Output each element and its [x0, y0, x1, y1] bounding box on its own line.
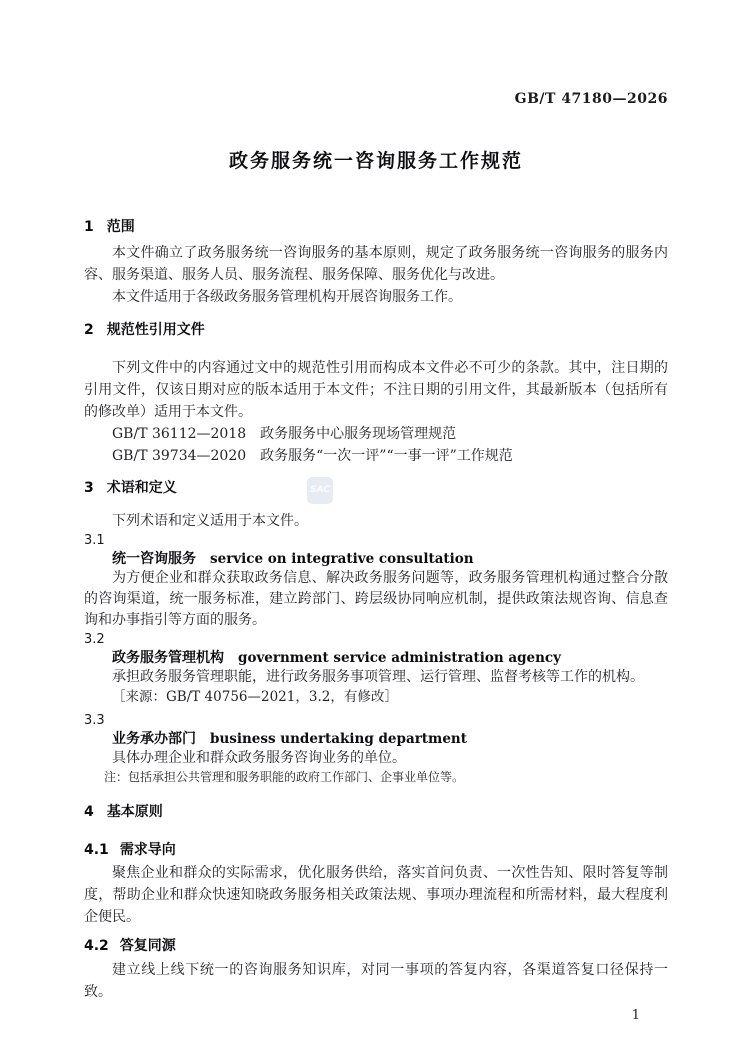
- term-note: 注：包括承担公共管理和服务职能的政府工作部门、企事业单位等。: [84, 769, 668, 786]
- section-heading-scope: 1范围: [84, 218, 668, 236]
- reference-entry: GB/T 36112—2018 政务服务中心服务现场管理规范: [84, 423, 668, 445]
- term-heading: 统一咨询服务service on integrative consultatio…: [84, 550, 668, 568]
- normative-refs-paragraph: 下列文件中的内容通过文中的规范性引用而构成本文件必不可少的条款。其中，注日期的引…: [84, 357, 668, 423]
- subsection-heading-demand-oriented: 4.1需求导向: [84, 841, 668, 859]
- document-code: GB/T 47180—2026: [84, 90, 668, 108]
- section-number: 2: [84, 322, 94, 338]
- section-title: 基本原则: [107, 804, 163, 820]
- subsection-paragraph: 聚焦企业和群众的实际需求，优化服务供给，落实首问负责、一次性告知、限时答复等制度…: [84, 862, 668, 928]
- section-heading-principles: 4基本原则: [84, 803, 668, 821]
- subsection-paragraph: 建立线上线下统一的咨询服务知识库，对同一事项的答复内容，各渠道答复口径保持一致。: [84, 959, 668, 1003]
- term-zh: 业务承办部门: [112, 731, 196, 747]
- subsection-heading-same-source-reply: 4.2答复同源: [84, 937, 668, 955]
- page-number: 1: [84, 1008, 668, 1024]
- term-definition: 承担政务服务管理职能，进行政务服务事项管理、运行管理、监督考核等工作的机构。: [84, 667, 668, 688]
- subsection-title: 需求导向: [120, 842, 176, 858]
- document-title: 政务服务统一咨询服务工作规范: [84, 148, 668, 174]
- standard-document-page: SAC GB/T 47180—2026 政务服务统一咨询服务工作规范 1范围 本…: [0, 0, 733, 1044]
- term-definition: 为方便企业和群众获取政务信息、解决政务服务问题等，政务服务管理机构通过整合分散的…: [84, 568, 668, 631]
- term-en: business undertaking department: [210, 731, 467, 747]
- section-number: 3: [84, 480, 94, 496]
- term-source: ［来源：GB/T 40756—2021，3.2，有修改］: [84, 688, 668, 706]
- term-en: service on integrative consultation: [210, 551, 474, 567]
- term-number: 3.3: [84, 712, 668, 730]
- page-content: GB/T 47180—2026 政务服务统一咨询服务工作规范 1范围 本文件确立…: [84, 0, 668, 1024]
- term-number: 3.2: [84, 631, 668, 649]
- subsection-title: 答复同源: [120, 938, 176, 954]
- subsection-number: 4.1: [84, 842, 109, 858]
- scope-paragraph-1: 本文件确立了政务服务统一咨询服务的基本原则，规定了政务服务统一咨询服务的服务内容…: [84, 242, 668, 286]
- terms-intro: 下列术语和定义适用于本文件。: [84, 511, 668, 532]
- section-number: 1: [84, 219, 94, 235]
- term-heading: 政务服务管理机构government service administratio…: [84, 649, 668, 667]
- term-definition: 具体办理企业和群众政务服务咨询业务的单位。: [84, 748, 668, 769]
- section-title: 规范性引用文件: [107, 322, 205, 338]
- term-heading: 业务承办部门business undertaking department: [84, 730, 668, 748]
- section-number: 4: [84, 804, 94, 820]
- section-heading-normative-refs: 2规范性引用文件: [84, 321, 668, 339]
- term-number: 3.1: [84, 532, 668, 550]
- subsection-number: 4.2: [84, 938, 109, 954]
- term-zh: 统一咨询服务: [112, 551, 196, 567]
- section-heading-terms: 3术语和定义: [84, 479, 668, 497]
- reference-entry: GB/T 39734—2020 政务服务“一次一评”“一事一评”工作规范: [84, 445, 668, 467]
- term-en: government service administration agency: [238, 650, 561, 666]
- term-zh: 政务服务管理机构: [112, 650, 224, 666]
- section-title: 范围: [107, 219, 135, 235]
- section-title: 术语和定义: [107, 480, 177, 496]
- scope-paragraph-2: 本文件适用于各级政务服务管理机构开展咨询服务工作。: [84, 286, 668, 308]
